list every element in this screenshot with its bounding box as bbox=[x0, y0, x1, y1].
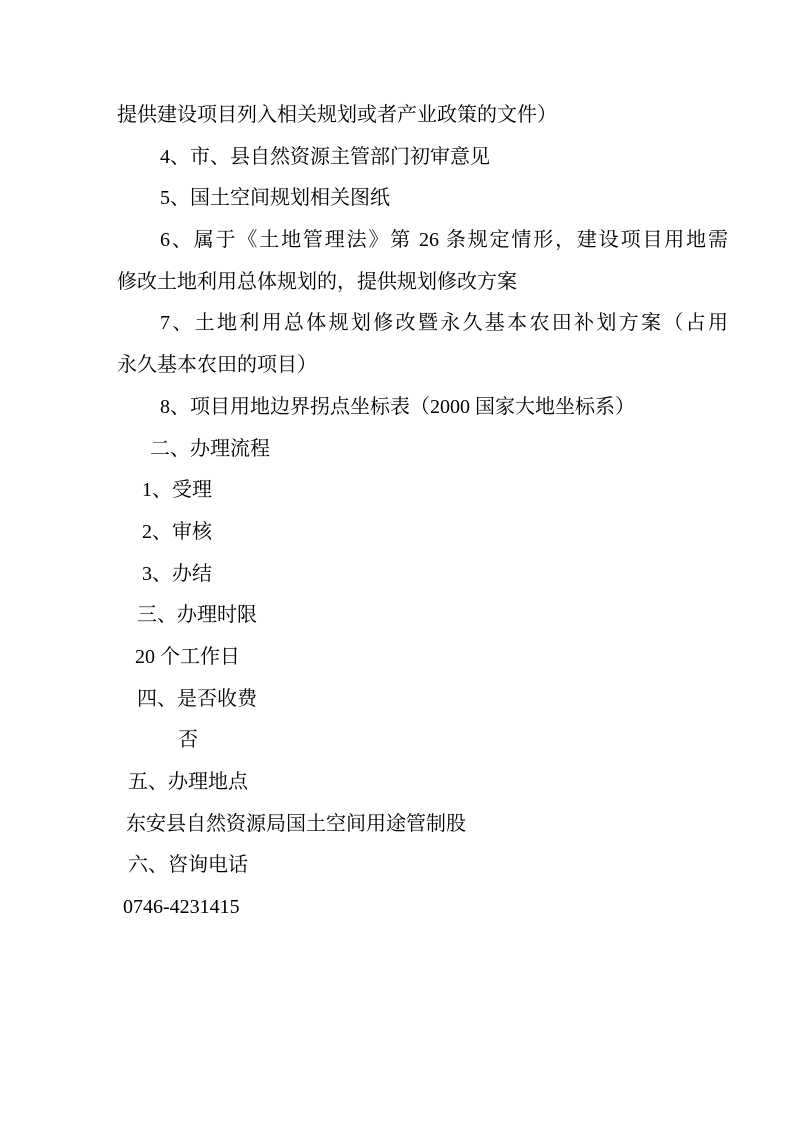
text-line: 1、受理 bbox=[117, 470, 728, 512]
text-line: 永久基本农田的项目） bbox=[117, 345, 728, 387]
text-line: 3、办结 bbox=[117, 554, 728, 596]
text-line: 20 个工作日 bbox=[117, 637, 728, 679]
text-line: 四、是否收费 bbox=[117, 679, 728, 721]
text-line: 5、国土空间规划相关图纸 bbox=[117, 178, 728, 220]
text-line: 修改土地利用总体规划的，提供规划修改方案 bbox=[117, 262, 728, 304]
text-line: 0746-4231415 bbox=[117, 887, 728, 929]
text-line: 否 bbox=[117, 720, 728, 762]
text-line: 提供建设项目列入相关规划或者产业政策的文件） bbox=[117, 95, 728, 137]
text-line: 六、咨询电话 bbox=[117, 845, 728, 887]
text-line: 二、办理流程 bbox=[117, 429, 728, 471]
text-line: 东安县自然资源局国土空间用途管制股 bbox=[117, 804, 728, 846]
text-line: 五、办理地点 bbox=[117, 762, 728, 804]
text-line: 2、审核 bbox=[117, 512, 728, 554]
document-text-block: 提供建设项目列入相关规划或者产业政策的文件）4、市、县自然资源主管部门初审意见5… bbox=[117, 95, 728, 929]
text-line: 4、市、县自然资源主管部门初审意见 bbox=[117, 137, 728, 179]
text-line: 6、属于《土地管理法》第 26 条规定情形，建设项目用地需 bbox=[117, 220, 728, 262]
text-line: 8、项目用地边界拐点坐标表（2000 国家大地坐标系） bbox=[117, 387, 728, 429]
text-line: 三、办理时限 bbox=[117, 595, 728, 637]
text-line: 7、土地利用总体规划修改暨永久基本农田补划方案（占用 bbox=[117, 303, 728, 345]
document-page: 提供建设项目列入相关规划或者产业政策的文件）4、市、县自然资源主管部门初审意见5… bbox=[0, 0, 793, 1122]
